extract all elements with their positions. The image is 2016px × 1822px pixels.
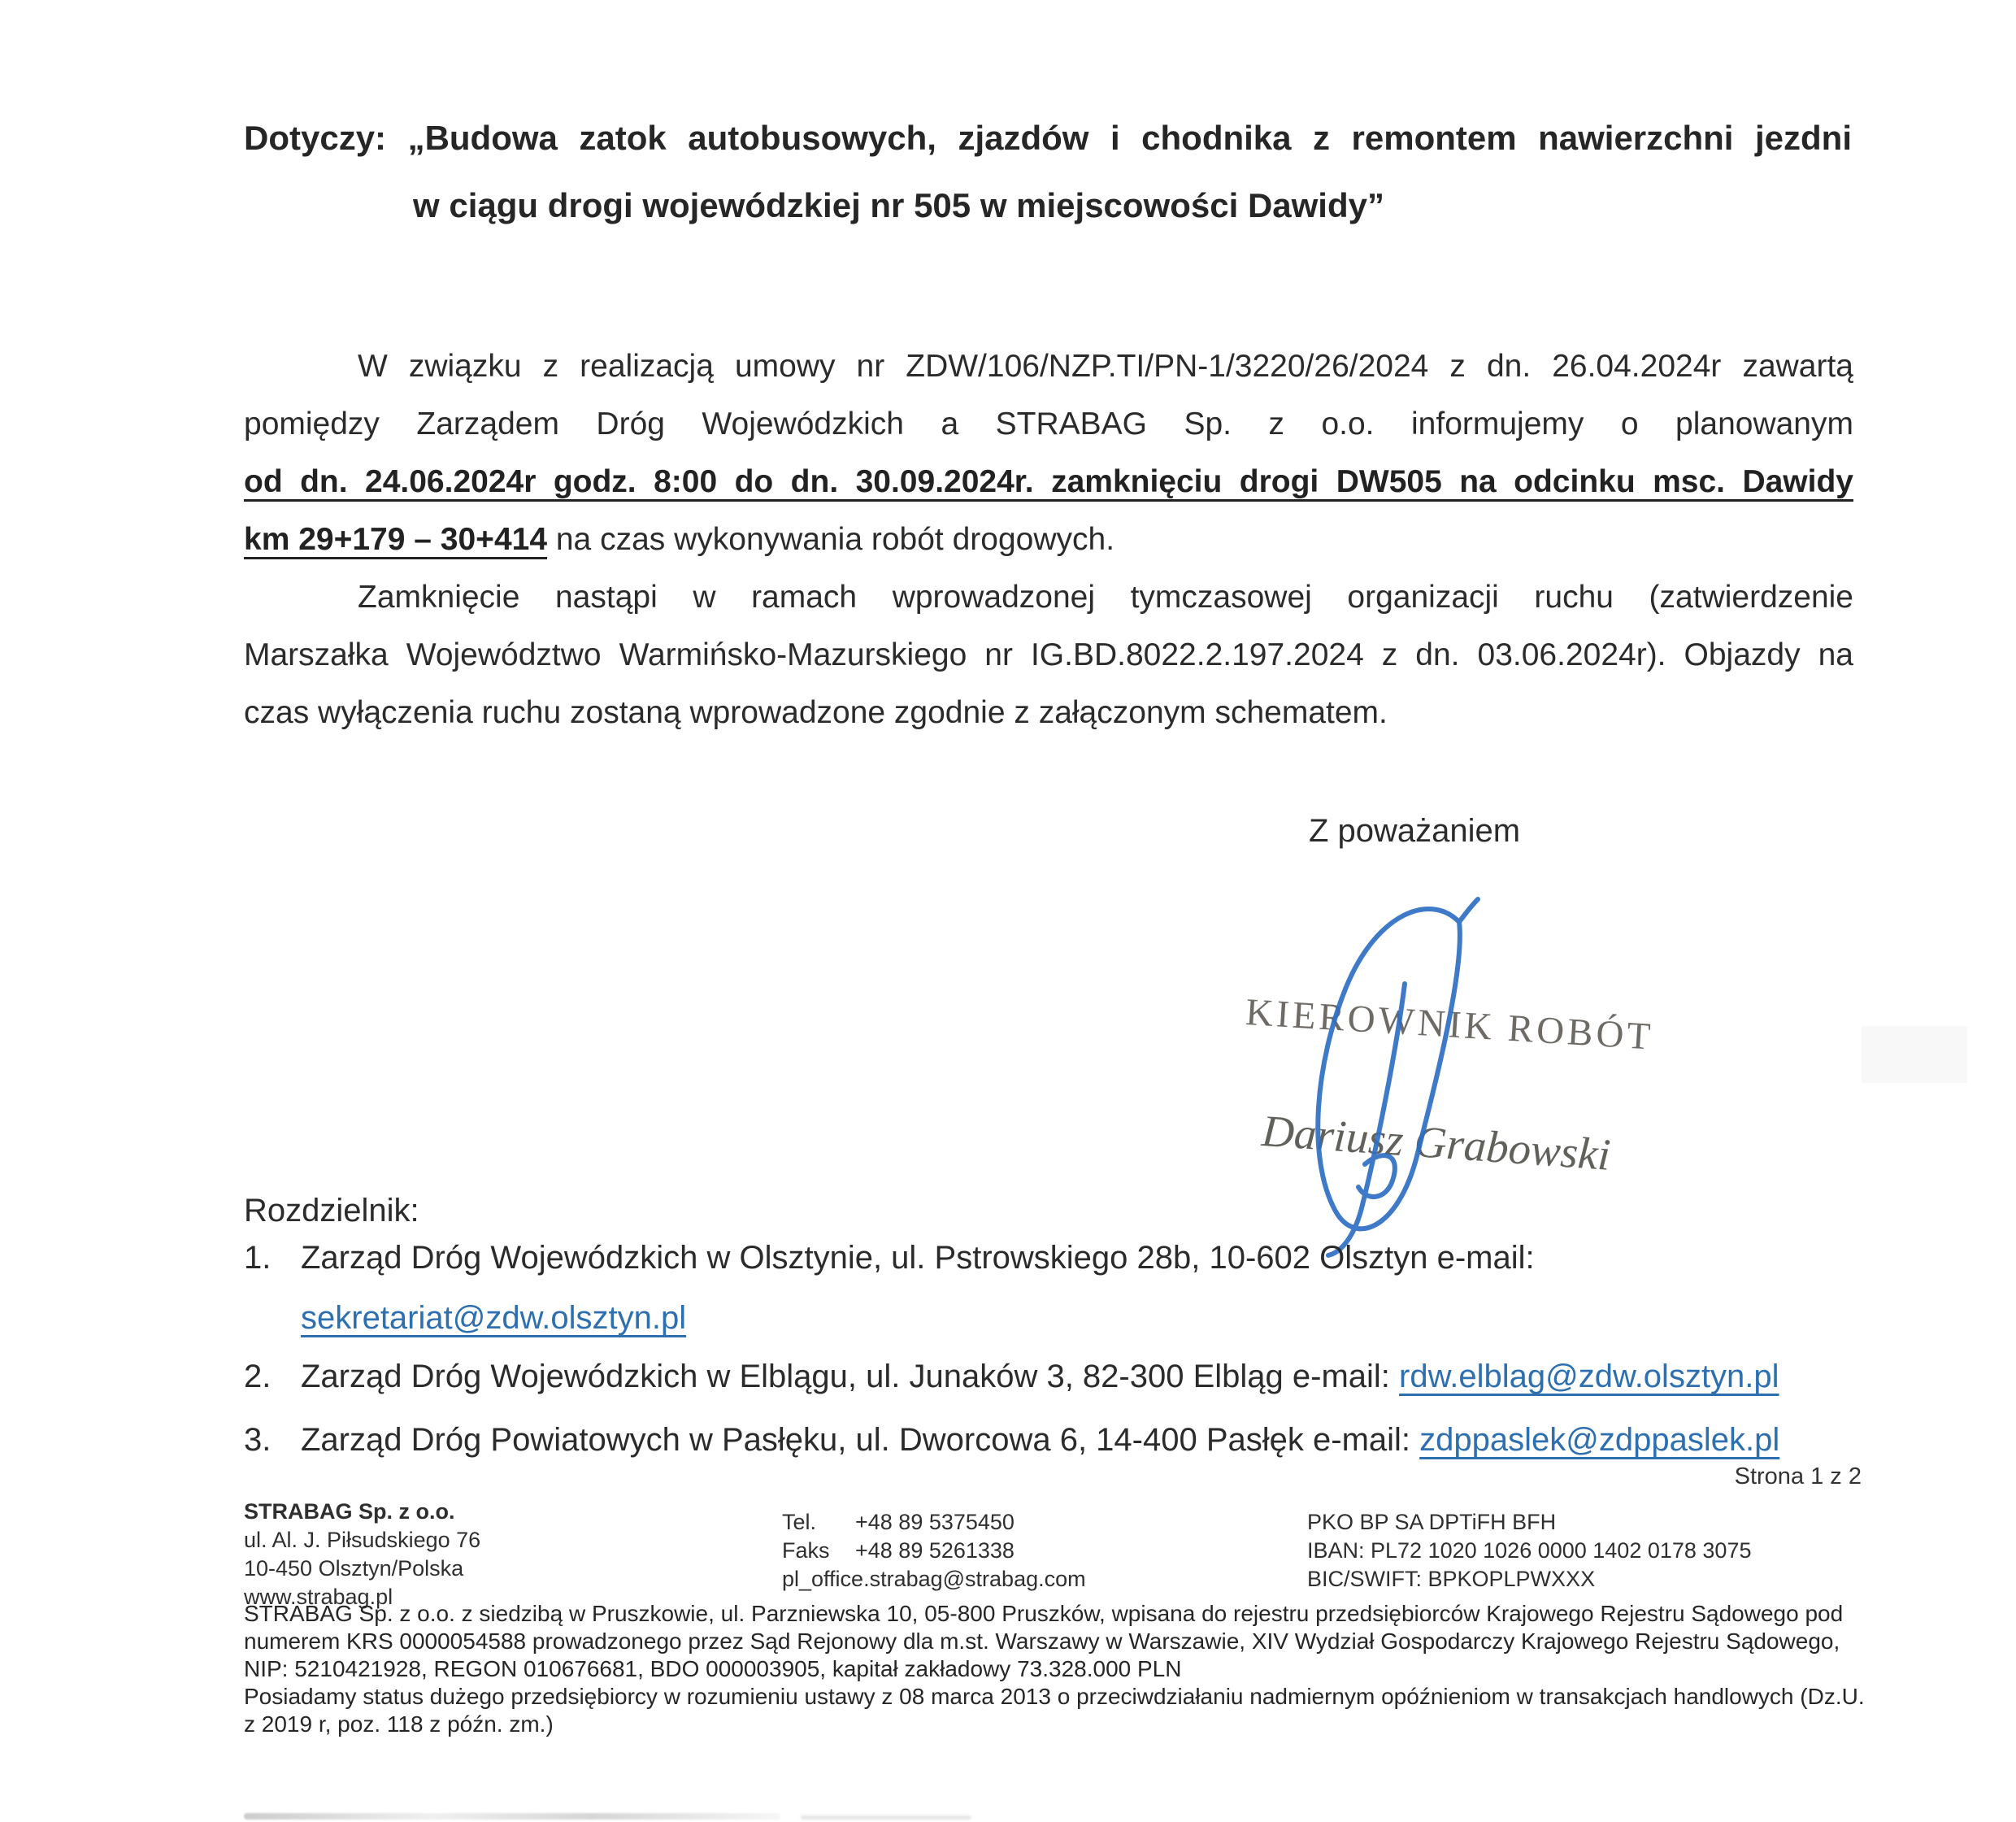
legal-paragraph-2: Posiadamy status dużego przedsiębiorcy w… (244, 1683, 1866, 1738)
subject-label: Dotyczy: (244, 119, 386, 157)
scan-ghost-mark (1862, 1026, 1967, 1083)
body-p1-line4-underlined: km 29+179 – 30+414 (244, 522, 547, 557)
page-number: Strona 1 z 2 (1658, 1463, 1862, 1490)
letter-page: Dotyczy: „Budowa zatok autobusowych, zja… (0, 0, 2016, 1822)
body-p1-line2: pomiędzy Zarządem Dróg Wojewódzkich a ST… (244, 395, 1853, 453)
distribution-item-1-email-line: sekretariat@zdw.olsztyn.pl (244, 1299, 1870, 1337)
tel-label: Tel. (782, 1508, 855, 1537)
distribution-list: Rozdzielnik: 1.Zarząd Dróg Wojewódzkich … (244, 1192, 1870, 1459)
subject-line-1: Dotyczy: „Budowa zatok autobusowych, zja… (244, 104, 1852, 172)
subject-quote-part1: „Budowa zatok autobusowych, zjazdów i ch… (408, 119, 1852, 157)
item-number: 2. (244, 1358, 301, 1395)
body-p1-line3-underlined: od dn. 24.06.2024r godz. 8:00 do dn. 30.… (244, 453, 1853, 511)
body-p1-line1: W związku z realizacją umowy nr ZDW/106/… (244, 337, 1853, 395)
tel-value: +48 89 5375450 (855, 1510, 1015, 1534)
item-text: Zarząd Dróg Wojewódzkich w Olsztynie, ul… (301, 1240, 1535, 1276)
distribution-item-3: 3.Zarząd Dróg Powiatowych w Pasłęku, ul.… (244, 1421, 1870, 1459)
footer-contact-column: Tel.+48 89 5375450 Faks+48 89 5261338 pl… (782, 1498, 1286, 1594)
footer-bank-column: PKO BP SA DPTiFH BFH IBAN: PL72 1020 102… (1307, 1498, 1892, 1594)
item-number: 1. (244, 1239, 301, 1276)
fax-label: Faks (782, 1537, 855, 1565)
footer-company-name: STRABAG Sp. z o.o. (244, 1498, 748, 1526)
body-p2-line2: Marszałka Województwo Warmińsko-Mazurski… (244, 626, 1853, 684)
email-link-elblag[interactable]: rdw.elblag@zdw.olsztyn.pl (1399, 1359, 1779, 1394)
footer-bank-iban: IBAN: PL72 1020 1026 0000 1402 0178 3075 (1307, 1537, 1892, 1565)
subject-line-2: w ciągu drogi wojewódzkiej nr 505 w miej… (244, 172, 1852, 239)
footer-company-street: ul. Al. J. Piłsudskiego 76 (244, 1526, 748, 1555)
item-text: Zarząd Dróg Wojewódzkich w Elblągu, ul. … (301, 1359, 1390, 1394)
item-text: Zarząd Dróg Powiatowych w Pasłęku, ul. D… (301, 1422, 1410, 1458)
body-p1-line4-rest: na czas wykonywania robót drogowych. (547, 522, 1114, 557)
footer-company-city: 10-450 Olsztyn/Polska (244, 1555, 748, 1583)
legal-paragraph-1: STRABAG Sp. z o.o. z siedzibą w Pruszkow… (244, 1600, 1866, 1683)
footer-tel-line: Tel.+48 89 5375450 (782, 1508, 1286, 1537)
footer-bank-swift: BIC/SWIFT: BPKOPLPWXXX (1307, 1565, 1892, 1594)
legal-text: STRABAG Sp. z o.o. z siedzibą w Pruszkow… (244, 1600, 1866, 1738)
body-p2-line3: czas wyłączenia ruchu zostaną wprowadzon… (244, 684, 1853, 741)
email-link-paslek[interactable]: zdppaslek@zdppaslek.pl (1419, 1422, 1779, 1458)
subject-block: Dotyczy: „Budowa zatok autobusowych, zja… (244, 104, 1852, 239)
footer-fax-line: Faks+48 89 5261338 (782, 1537, 1286, 1565)
distribution-item-1: 1.Zarząd Dróg Wojewódzkich w Olsztynie, … (244, 1239, 1870, 1276)
closing-text: Z poważaniem (1309, 813, 1520, 850)
scan-smudge (244, 1813, 780, 1820)
email-link-olsztyn[interactable]: sekretariat@zdw.olsztyn.pl (301, 1300, 686, 1336)
footer-bank-name: PKO BP SA DPTiFH BFH (1307, 1508, 1892, 1537)
letter-body: W związku z realizacją umowy nr ZDW/106/… (244, 337, 1853, 741)
item-number: 3. (244, 1421, 301, 1459)
body-p1-line4: km 29+179 – 30+414 na czas wykonywania r… (244, 511, 1853, 568)
footer-email: pl_office.strabag@strabag.com (782, 1565, 1286, 1594)
body-p2-line1: Zamknięcie nastąpi w ramach wprowadzonej… (244, 568, 1853, 626)
distribution-item-2: 2.Zarząd Dróg Wojewódzkich w Elblągu, ul… (244, 1358, 1870, 1395)
fax-value: +48 89 5261338 (855, 1538, 1015, 1563)
scan-smudge (801, 1815, 971, 1820)
footer-company-column: STRABAG Sp. z o.o. ul. Al. J. Piłsudskie… (244, 1498, 748, 1611)
distribution-title: Rozdzielnik: (244, 1192, 1870, 1229)
